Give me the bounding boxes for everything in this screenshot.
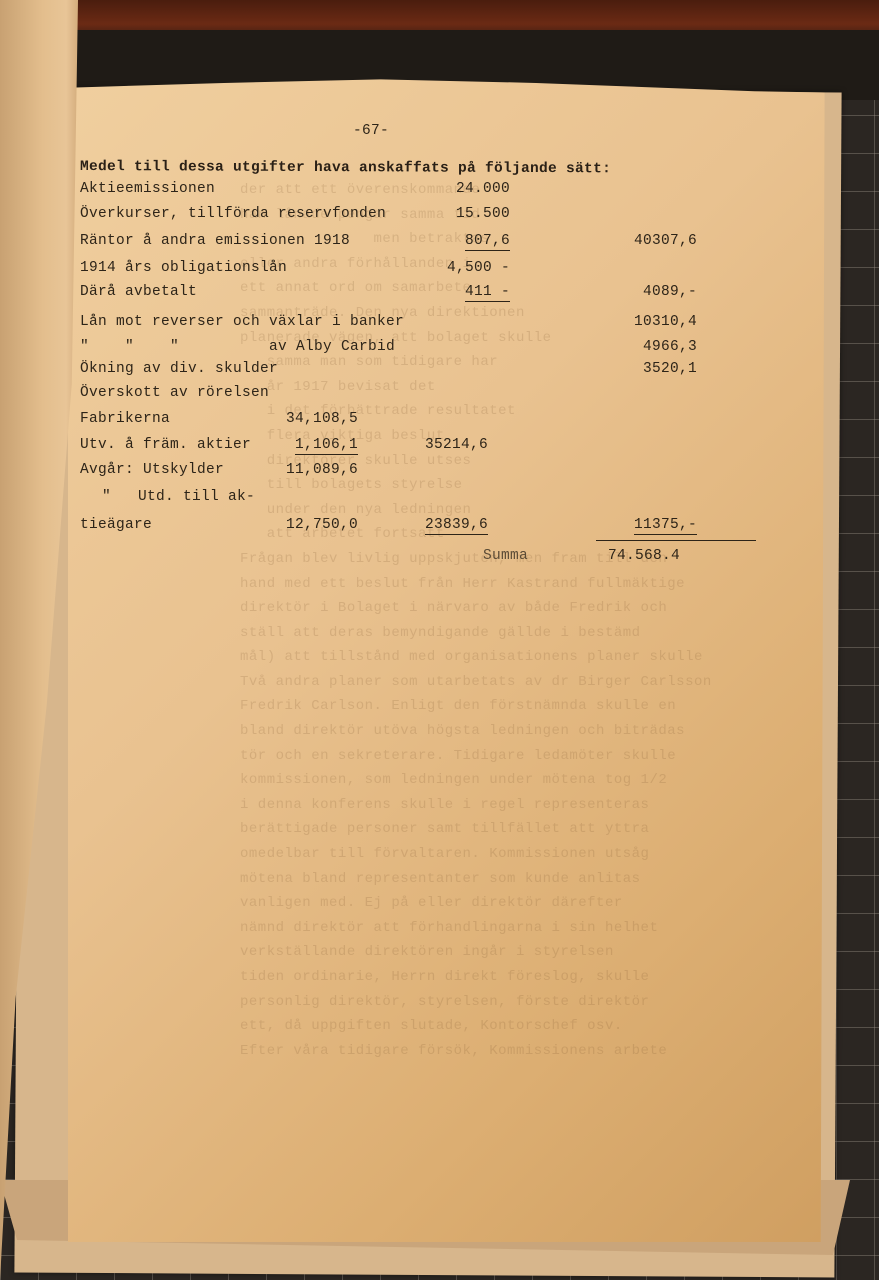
row-amount: 807,6 [465,234,510,251]
total-value: 74.568.4 [608,549,680,564]
total-label: Summa [483,549,528,564]
row-label: 1914 års obligationslån [80,261,287,276]
row-amount-inner: 11,089,6 [286,463,358,478]
row-label: Räntor å andra emissionen 1918 [80,234,350,249]
row-label: " Utd. till ak- [84,490,255,505]
row-label: Aktieemissionen [80,182,215,197]
row-total: 11375,- [634,518,697,535]
row-label: Avgår: Utskylder [80,463,224,478]
row-total: 3520,1 [643,362,697,377]
row-total: 4089,- [643,285,697,300]
row-total: 40307,6 [634,234,697,249]
row-label: Därå avbetalt [80,285,197,300]
row-amount-inner: 34,108,5 [286,412,358,427]
section-heading: Medel till dessa utgifter hava anskaffat… [80,160,611,177]
sum-rule [596,540,756,541]
row-total: 10310,4 [634,315,697,330]
row-label: " " " av Alby Carbid [80,340,395,355]
row-label: Överskott av rörelsen [80,386,269,401]
row-subtotal: 23839,6 [425,518,488,535]
row-label: Fabrikerna [80,412,170,427]
row-total: 4966,3 [643,340,697,355]
row-label: tieägare [80,518,152,533]
row-amount-inner: 12,750,0 [286,518,358,533]
row-amount: 24.000 [456,182,510,197]
row-amount: 15.500 [456,207,510,222]
row-subtotal: 35214,6 [425,438,488,453]
row-label: Utv. å främ. aktier [80,438,251,453]
page-number: -67- [353,124,389,139]
row-amount: 411 - [465,285,510,302]
row-label: Ökning av div. skulder [80,362,278,377]
row-amount-inner: 1,106,1 [295,438,358,455]
row-label: Lån mot reverser och växlar i banker [80,315,404,330]
row-amount: 4,500 - [447,261,510,276]
row-label: Överkurser, tillförda reservfonden [80,207,386,222]
